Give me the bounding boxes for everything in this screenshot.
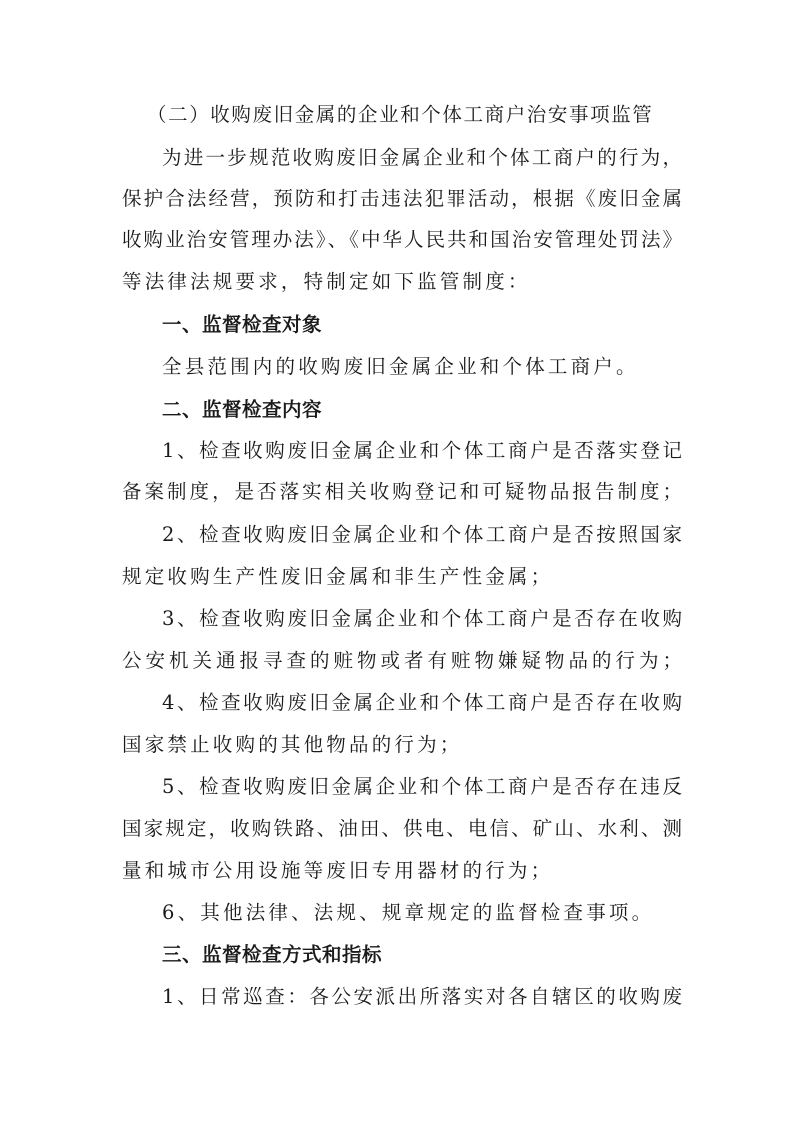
- item-line: 规定收购生产性废旧金属和非生产性金属；: [122, 565, 682, 589]
- item-line: 1、日常巡查：各公安派出所落实对各自辖区的收购废: [162, 985, 682, 1009]
- item-line: 国家禁止收购的其他物品的行为；: [122, 733, 682, 757]
- item-line: 2、检查收购废旧金属企业和个体工商户是否按照国家: [162, 523, 682, 547]
- item-line: 6、其他法律、法规、规章规定的监督检查事项。: [162, 901, 722, 925]
- section-title: （二）收购废旧金属的企业和个体工商户治安事项监管: [147, 103, 707, 127]
- section-1-body: 全县范围内的收购废旧金属企业和个体工商户。: [162, 355, 722, 379]
- heading-section-2: 二、监督检查内容: [162, 398, 722, 422]
- item-line: 公安机关通报寻查的赃物或者有赃物嫌疑物品的行为；: [122, 649, 682, 673]
- intro-line: 等法律法规要求，特制定如下监管制度：: [122, 270, 682, 294]
- intro-line: 为进一步规范收购废旧金属企业和个体工商户的行为，: [162, 146, 682, 170]
- item-line: 国家规定，收购铁路、油田、供电、电信、矿山、水利、测: [122, 817, 682, 841]
- heading-section-3: 三、监督检查方式和指标: [162, 943, 722, 967]
- item-line: 3、检查收购废旧金属企业和个体工商户是否存在收购: [162, 607, 682, 631]
- document-page: （二）收购废旧金属的企业和个体工商户治安事项监管 为进一步规范收购废旧金属企业和…: [0, 0, 793, 1122]
- item-line: 4、检查收购废旧金属企业和个体工商户是否存在收购: [162, 691, 682, 715]
- item-line: 备案制度，是否落实相关收购登记和可疑物品报告制度；: [122, 480, 682, 504]
- intro-line: 保护合法经营，预防和打击违法犯罪活动，根据《废旧金属: [122, 187, 682, 211]
- item-line: 1、检查收购废旧金属企业和个体工商户是否落实登记: [162, 439, 682, 463]
- heading-section-1: 一、监督检查对象: [162, 313, 722, 337]
- intro-line: 收购业治安管理办法》、《中华人民共和国治安管理处罚法》: [122, 228, 682, 252]
- item-line: 5、检查收购废旧金属企业和个体工商户是否存在违反: [162, 775, 682, 799]
- item-line: 量和城市公用设施等废旧专用器材的行为；: [122, 859, 682, 883]
